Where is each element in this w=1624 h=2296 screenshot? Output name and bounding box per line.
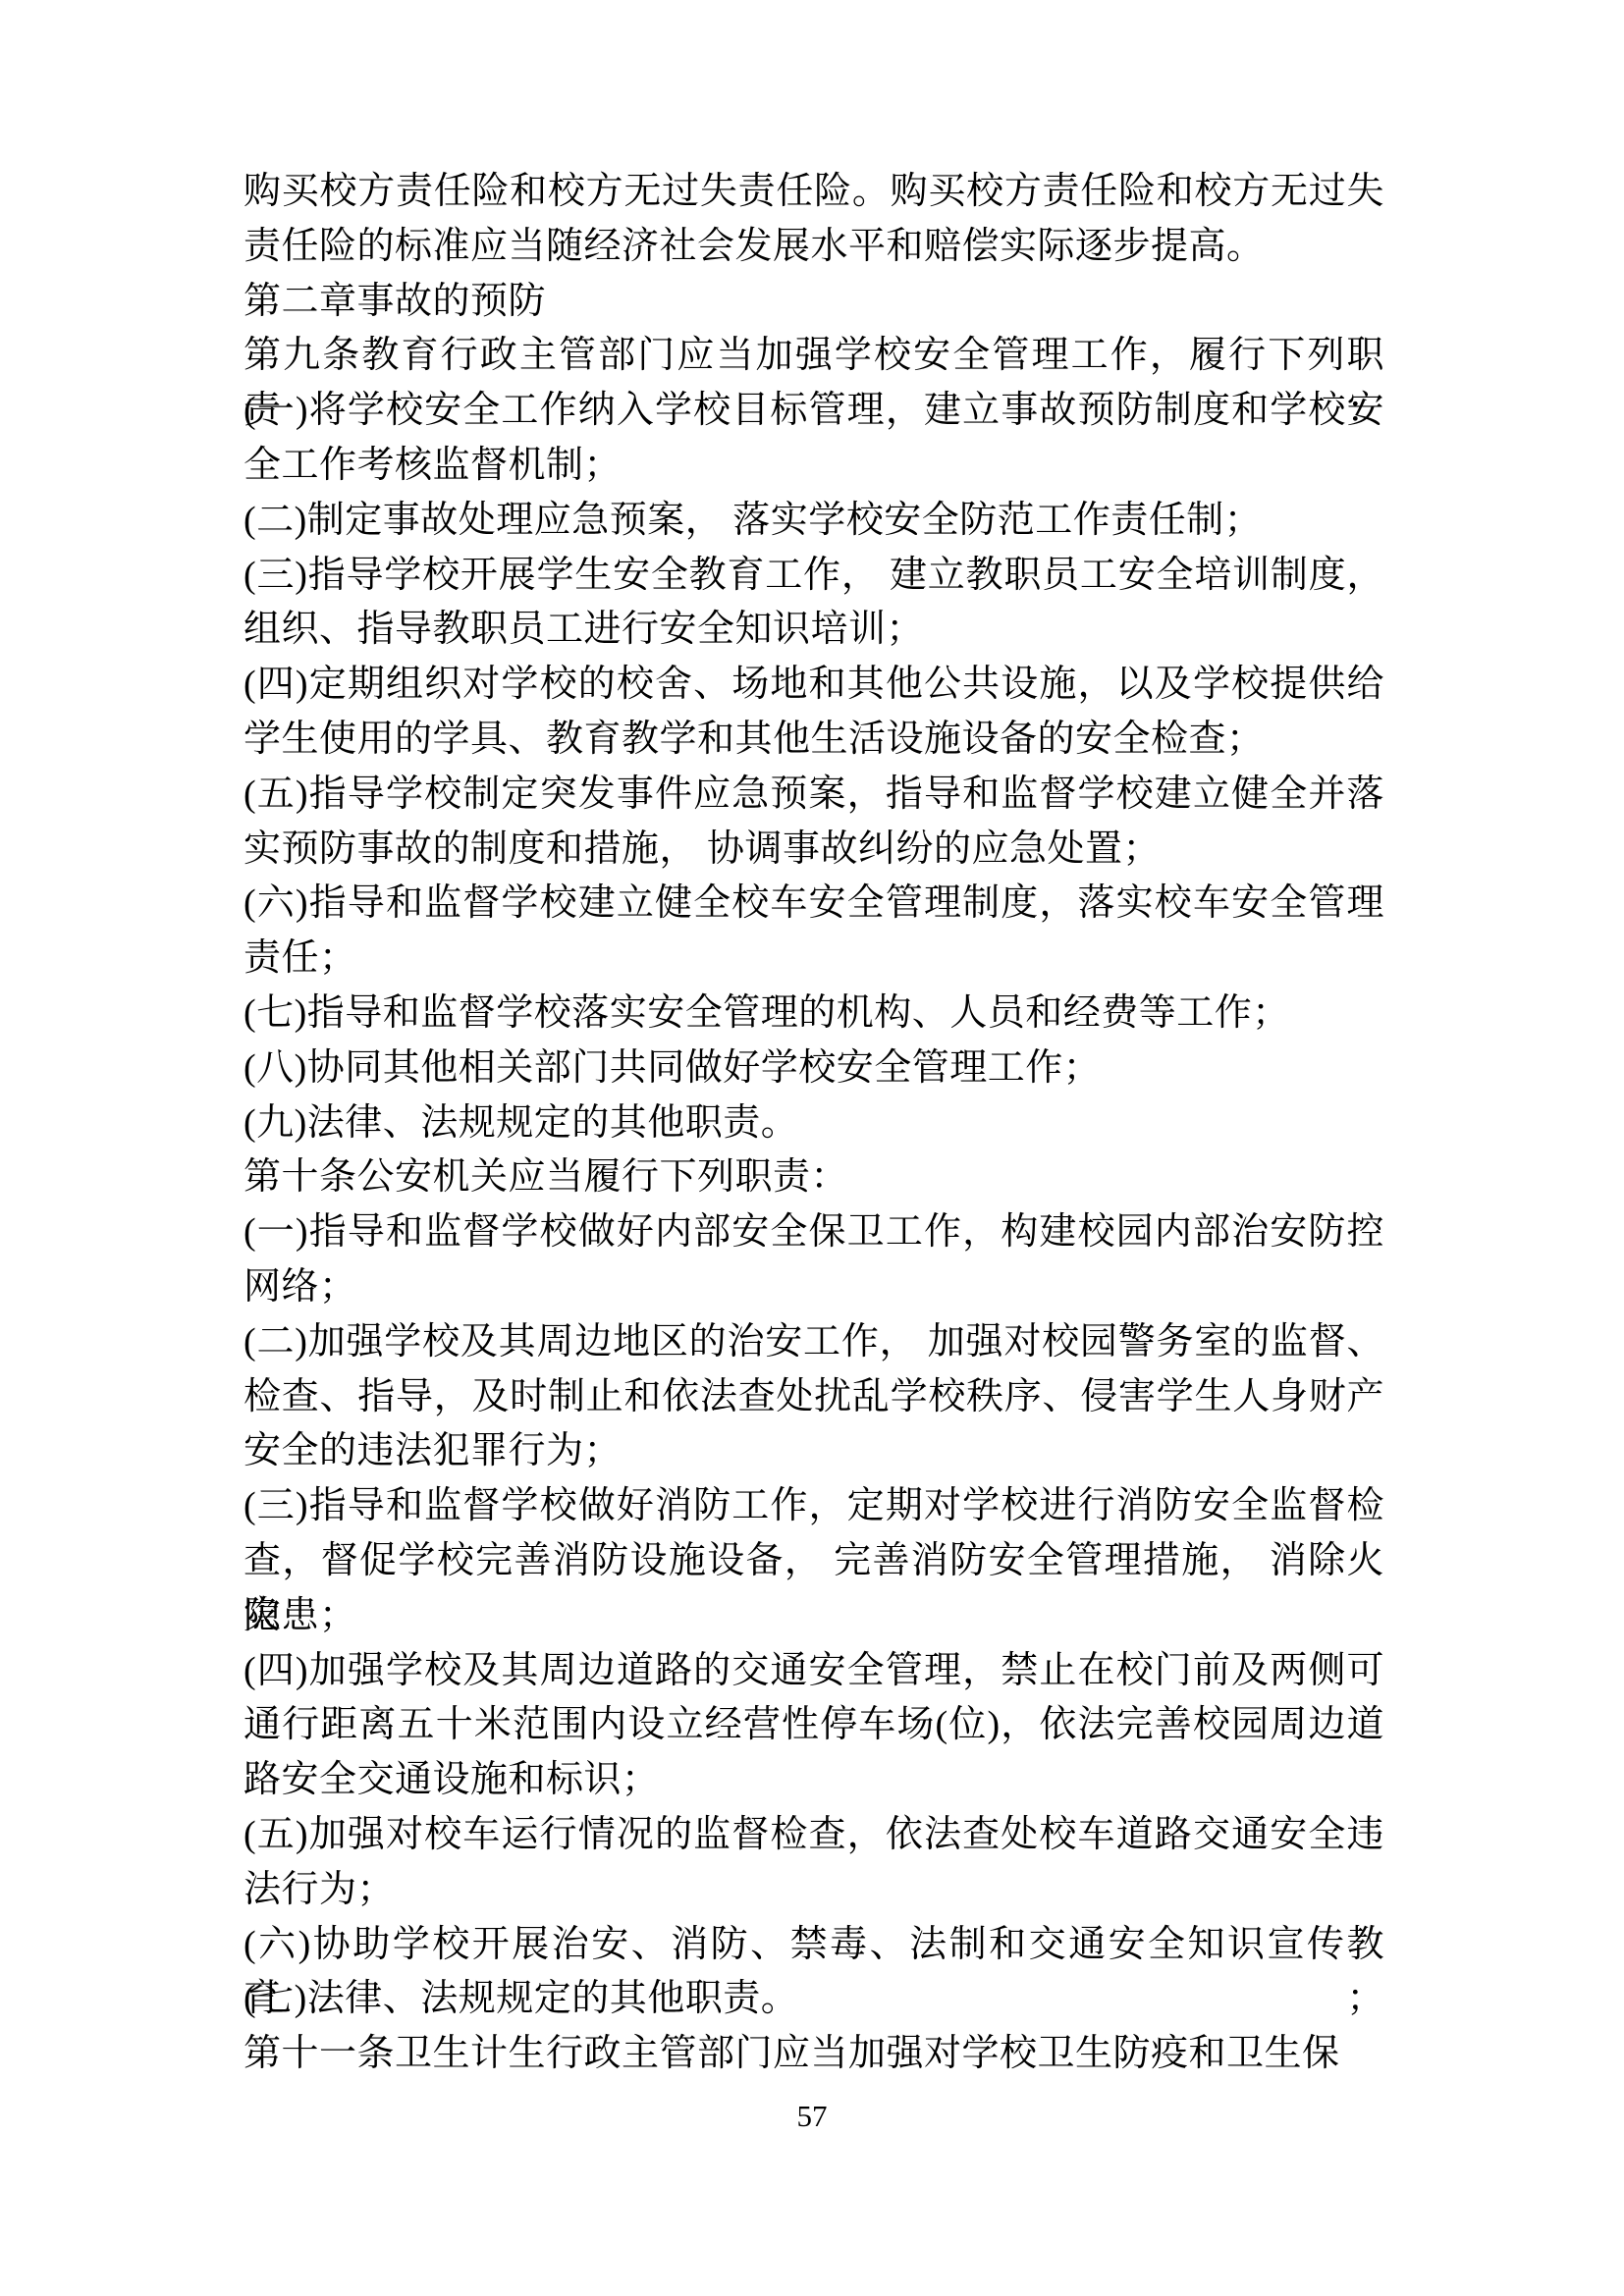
text-line: 组织、指导教职员工进行安全知识培训；: [244, 603, 1384, 658]
text-line: 检查、指导，及时制止和依法查处扰乱学校秩序、侵害学生人身财产: [244, 1370, 1384, 1425]
text-line: (六)协助学校开展治安、消防、禁毒、法制和交通安全知识宣传教育；: [244, 1918, 1384, 1973]
text-line: 隐患；: [244, 1589, 1384, 1644]
text-block: 购买校方责任险和校方无过失责任险。购买校方责任险和校方无过失责任险的标准应当随经…: [244, 165, 1384, 2082]
text-line: (一)指导和监督学校做好内部安全保卫工作，构建校园内部治安防控: [244, 1205, 1384, 1260]
text-line: 网络；: [244, 1260, 1384, 1315]
text-line: 第九条教育行政主管部门应当加强学校安全管理工作，履行下列职责：: [244, 329, 1384, 384]
text-line: (四)定期组织对学校的校舍、场地和其他公共设施，以及学校提供给: [244, 658, 1384, 713]
text-line: 全工作考核监督机制；: [244, 439, 1384, 494]
page-number: 57: [0, 2097, 1624, 2136]
text-line: 第十一条卫生计生行政主管部门应当加强对学校卫生防疫和卫生保: [244, 2027, 1384, 2082]
text-line: (三)指导和监督学校做好消防工作，定期对学校进行消防安全监督检: [244, 1479, 1384, 1534]
text-line: (六)指导和监督学校建立健全校车安全管理制度，落实校车安全管理: [244, 877, 1384, 932]
text-line: 责任险的标准应当随经济社会发展水平和赔偿实际逐步提高。: [244, 220, 1384, 275]
text-line: (三)指导学校开展学生安全教育工作， 建立教职员工安全培训制度，: [244, 549, 1384, 604]
text-line: 查，督促学校完善消防设施设备， 完善消防安全管理措施， 消除火灾: [244, 1534, 1384, 1589]
text-line: (五)指导学校制定突发事件应急预案，指导和监督学校建立健全并落: [244, 768, 1384, 823]
text-line: 通行距离五十米范围内设立经营性停车场(位)，依法完善校园周边道: [244, 1698, 1384, 1753]
text-line: (五)加强对校车运行情况的监督检查，依法查处校车道路交通安全违: [244, 1808, 1384, 1863]
text-line: (二)制定事故处理应急预案， 落实学校安全防范工作责任制；: [244, 494, 1384, 549]
text-line: (四)加强学校及其周边道路的交通安全管理，禁止在校门前及两侧可: [244, 1644, 1384, 1699]
text-line: 第二章事故的预防: [244, 275, 1384, 330]
text-line: 安全的违法犯罪行为；: [244, 1424, 1384, 1479]
text-line: 实预防事故的制度和措施， 协调事故纠纷的应急处置；: [244, 823, 1384, 878]
text-line: 第十条公安机关应当履行下列职责：: [244, 1150, 1384, 1205]
text-line: (七)指导和监督学校落实安全管理的机构、人员和经费等工作；: [244, 987, 1384, 1041]
text-line: 责任；: [244, 932, 1384, 987]
text-line: 购买校方责任险和校方无过失责任险。购买校方责任险和校方无过失: [244, 165, 1384, 220]
text-line: (八)协同其他相关部门共同做好学校安全管理工作；: [244, 1041, 1384, 1096]
text-line: (一)将学校安全工作纳入学校目标管理，建立事故预防制度和学校安: [244, 384, 1384, 439]
text-line: 法行为；: [244, 1863, 1384, 1918]
text-line: 学生使用的学具、教育教学和其他生活设施设备的安全检查；: [244, 713, 1384, 768]
document-page: 购买校方责任险和校方无过失责任险。购买校方责任险和校方无过失责任险的标准应当随经…: [0, 0, 1624, 2296]
text-line: (二)加强学校及其周边地区的治安工作， 加强对校园警务室的监督、: [244, 1315, 1384, 1370]
text-line: 路安全交通设施和标识；: [244, 1753, 1384, 1808]
text-line: (九)法律、法规规定的其他职责。: [244, 1096, 1384, 1151]
